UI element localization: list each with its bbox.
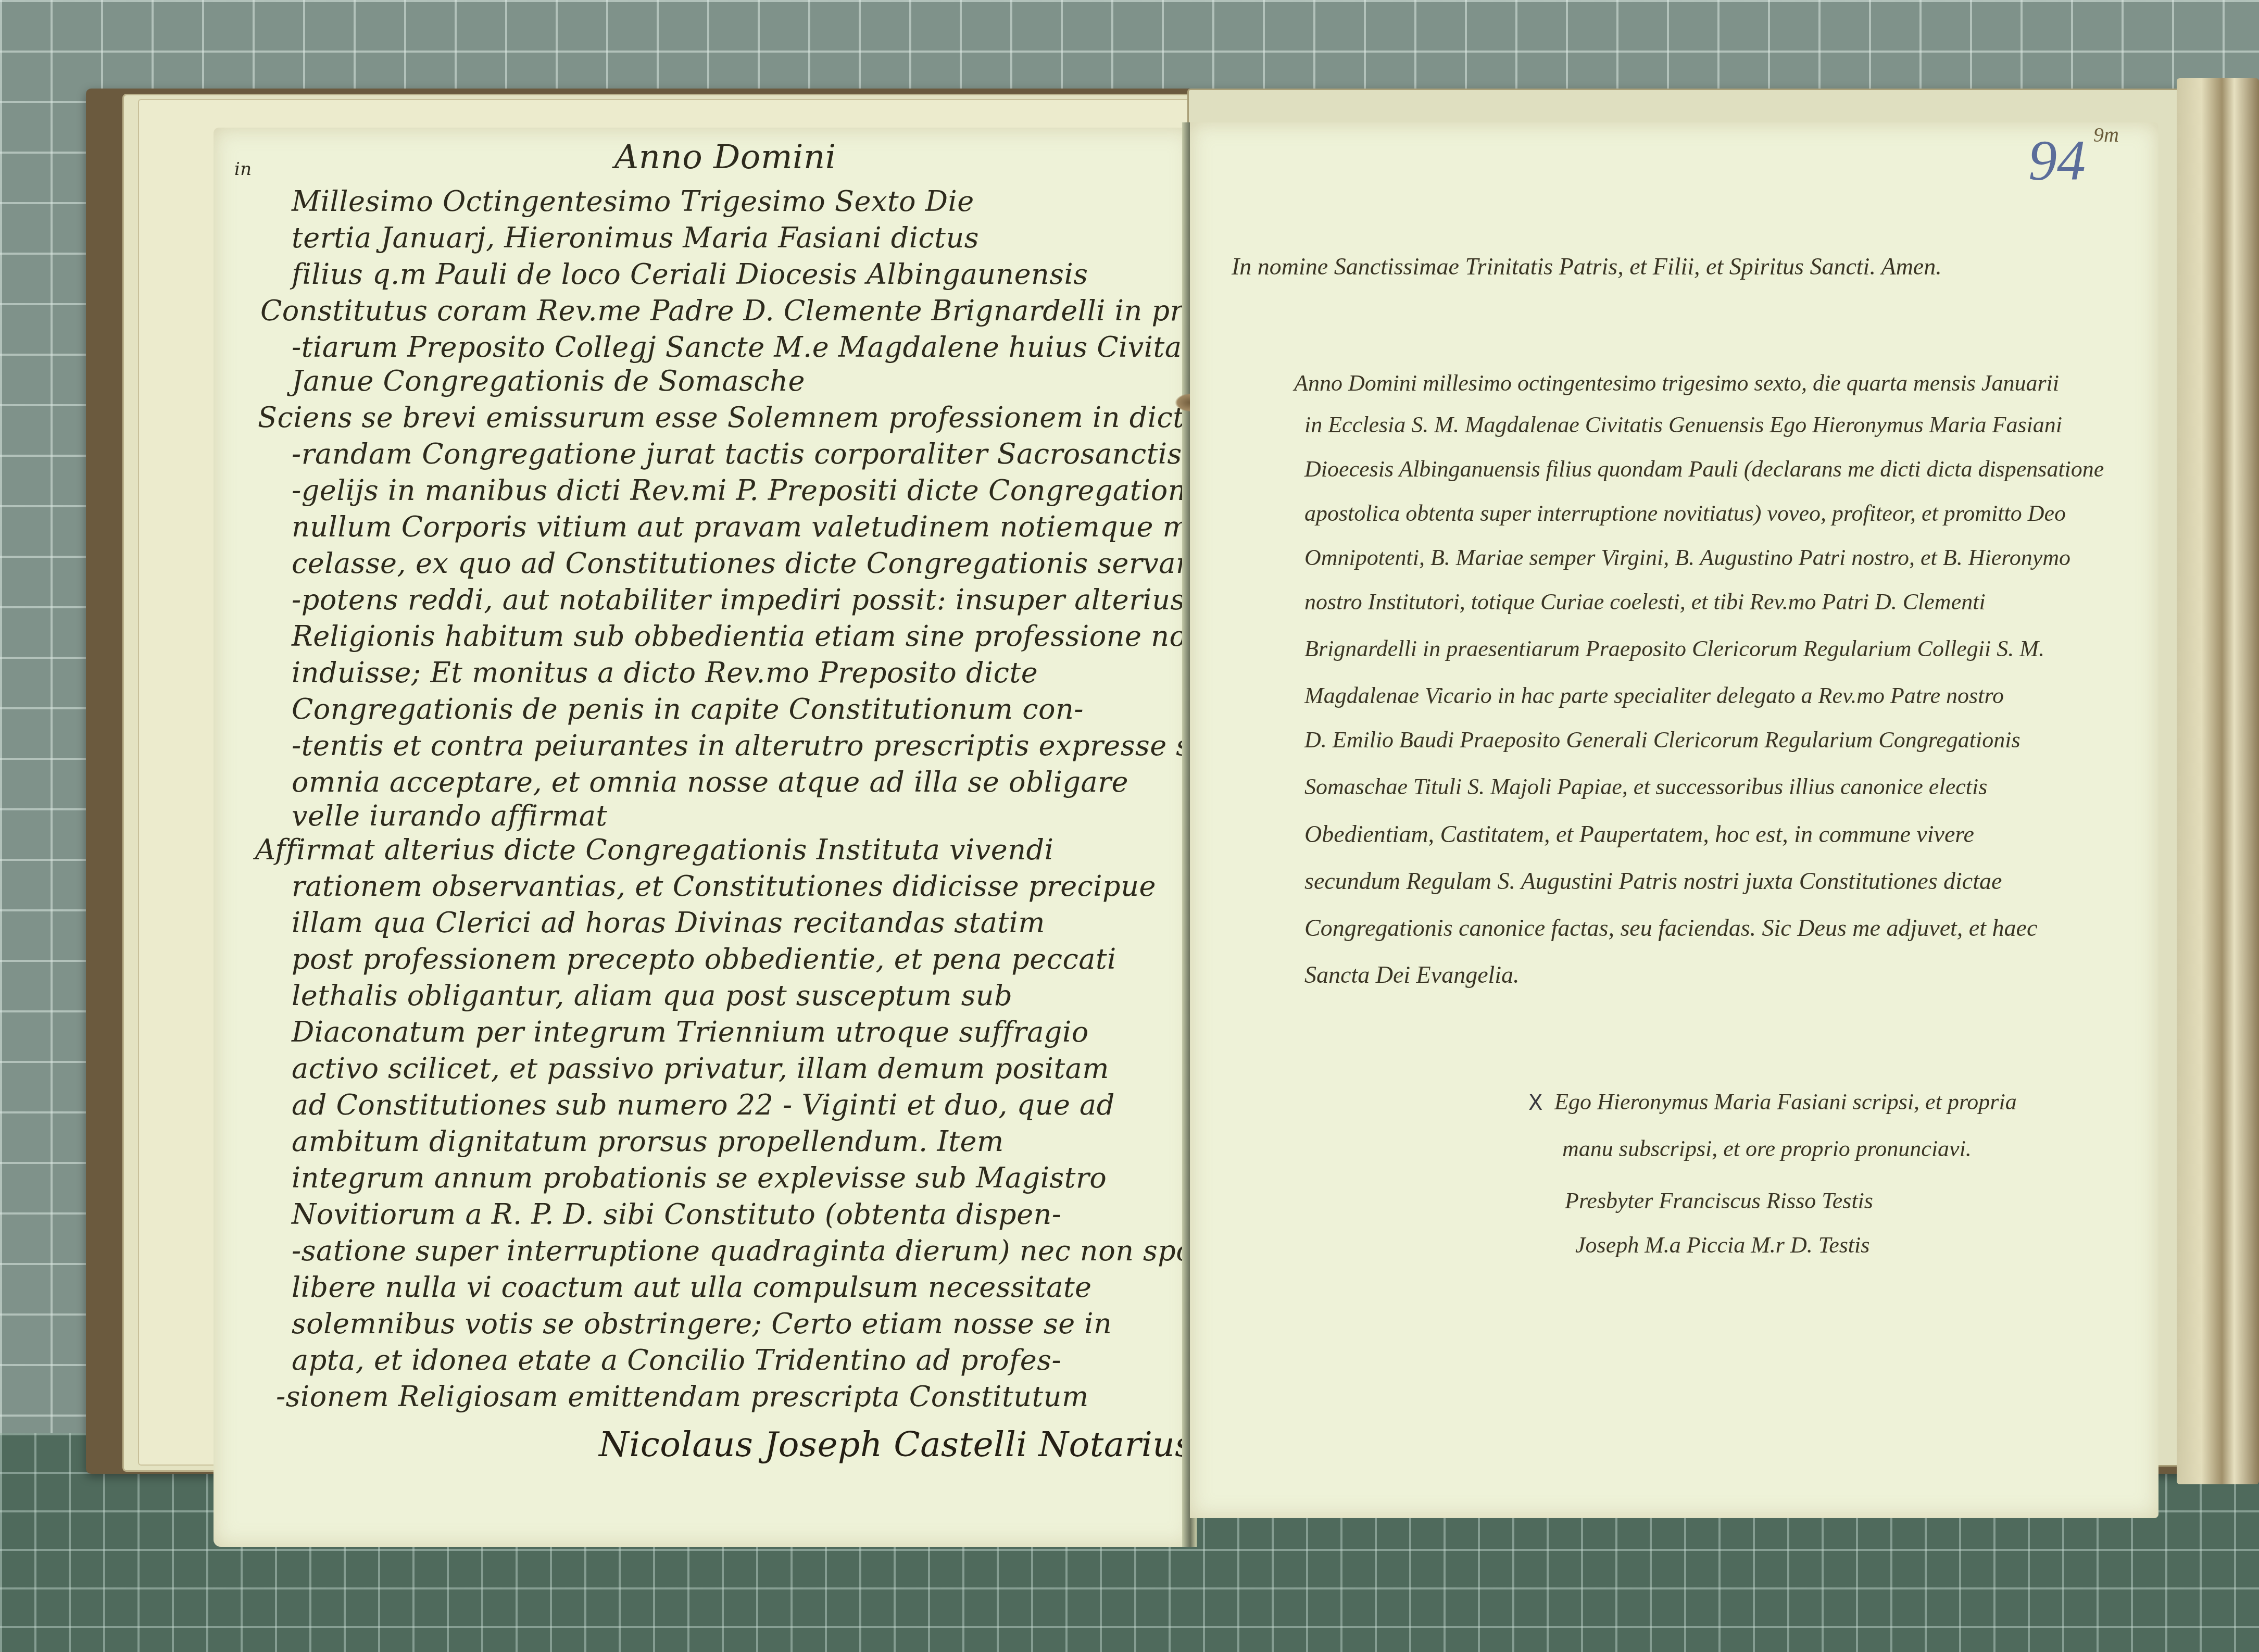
text-line: D. Emilio Baudi Praeposito Generali Cler…: [1304, 727, 2020, 753]
text-line: -potens reddi, aut notabiliter impediri …: [292, 583, 1185, 616]
text-line: ambitum dignitatum prorsus propellendum.…: [292, 1125, 1004, 1158]
text-line: Brignardelli in praesentiarum Praeposito…: [1304, 635, 2044, 662]
text-line: in Ecclesia S. M. Magdalenae Civitatis G…: [1304, 411, 2062, 438]
text-line: libere nulla vi coactum aut ulla compuls…: [292, 1271, 1092, 1304]
text-line: lethalis obligantur, aliam qua post susc…: [292, 979, 1012, 1012]
invocation: In nomine Sanctissimae Trinitatis Patris…: [1232, 253, 1942, 280]
page-fore-edge-right: [2177, 78, 2259, 1484]
text-line: nullum Corporis vitium aut pravam valetu…: [292, 510, 1284, 543]
text-line: -tiarum Preposito Collegj Sancte M.e Mag…: [292, 331, 1218, 364]
text-line: celasse, ex quo ad Constitutiones dicte …: [292, 547, 1299, 580]
text-line: Religionis habitum sub obbedientia etiam…: [292, 620, 1205, 653]
notary-signature: Nicolaus Joseph Castelli Notarius: [599, 1424, 1193, 1465]
text-line: Congregationis de penis in capite Consti…: [292, 693, 1084, 725]
attestation-line: Ego Hieronymus Maria Fasiani scripsi, et…: [1554, 1088, 2017, 1115]
text-line: -satione super interruptione quadraginta…: [292, 1234, 1240, 1267]
text-line: apostolica obtenta super interruptione n…: [1304, 500, 2066, 527]
folio-superscript: 9m: [2093, 122, 2119, 147]
folio-number: 94: [2028, 128, 2086, 194]
text-line: illam qua Clerici ad horas Divinas recit…: [292, 906, 1045, 939]
witness-signature: Joseph M.a Piccia M.r D. Testis: [1575, 1232, 1869, 1258]
cross-mark: X: [1528, 1091, 1542, 1115]
text-line: tertia Januarj, Hieronimus Maria Fasiani…: [292, 221, 979, 254]
text-line: Sancta Dei Evangelia.: [1304, 961, 1520, 988]
text-line: Sciens se brevi emissurum esse Solemnem …: [258, 401, 1290, 434]
text-line: Affirmat alterius dicte Congregationis I…: [255, 833, 1053, 866]
text-line: velle iurando affirmat: [292, 799, 608, 832]
page-heading: Anno Domini: [614, 138, 836, 177]
text-line: induisse; Et monitus a dicto Rev.mo Prep…: [292, 656, 1038, 689]
left-page: in Anno Domini Millesimo Octingentesimo …: [214, 128, 1193, 1547]
corner-mark: in: [234, 159, 252, 180]
text-line: Congregationis canonice factas, seu faci…: [1304, 914, 2037, 942]
text-line: Constitutus coram Rev.me Padre D. Clemen…: [260, 294, 1260, 327]
text-line: rationem observantias, et Constitutiones…: [292, 870, 1156, 903]
text-line: Dioecesis Albinganuensis filius quondam …: [1304, 456, 2104, 482]
text-line: Novitiorum a R. P. D. sibi Constituto (o…: [292, 1198, 1062, 1231]
right-page: 94 9m In nomine Sanctissimae Trinitatis …: [1190, 122, 2158, 1518]
witness-signature: Presbyter Franciscus Risso Testis: [1565, 1187, 1873, 1214]
attestation-line: manu subscripsi, et ore proprio pronunci…: [1562, 1135, 1972, 1162]
text-line: activo scilicet, et passivo privatur, il…: [292, 1052, 1109, 1085]
text-line: Omnipotenti, B. Mariae semper Virgini, B…: [1304, 544, 2070, 571]
text-line: ad Constitutiones sub numero 22 - Vigint…: [292, 1088, 1115, 1121]
text-line: Somaschae Tituli S. Majoli Papiae, et su…: [1304, 773, 1987, 800]
text-line: secundum Regulam S. Augustini Patris nos…: [1304, 867, 2002, 895]
text-line: -sionem Religiosam emittendam prescripta…: [276, 1380, 1089, 1413]
text-line: omnia acceptare, et omnia nosse atque ad…: [292, 766, 1128, 798]
text-line: solemnibus votis se obstringere; Certo e…: [292, 1307, 1112, 1340]
text-line: Obedientiam, Castitatem, et Paupertatem,…: [1304, 820, 1974, 848]
text-line: Millesimo Octingentesimo Trigesimo Sexto…: [292, 185, 974, 218]
text-line: -tentis et contra peiurantes in alterutr…: [292, 729, 1208, 762]
text-line: filius q.m Pauli de loco Ceriali Diocesi…: [292, 258, 1088, 291]
text-line: Janue Congregationis de Somasche: [292, 365, 805, 397]
text-line: Diaconatum per integrum Triennium utroqu…: [292, 1016, 1089, 1048]
text-line: Magdalenae Vicario in hac parte speciali…: [1304, 682, 2004, 709]
text-line: Anno Domini millesimo octingentesimo tri…: [1294, 370, 2059, 396]
text-line: -gelijs in manibus dicti Rev.mi P. Prepo…: [292, 474, 1251, 507]
text-line: integrum annum probationis se explevisse…: [292, 1161, 1107, 1194]
text-line: apta, et idonea etate a Concilio Trident…: [292, 1344, 1061, 1376]
text-line: -randam Congregatione jurat tactis corpo…: [292, 437, 1273, 470]
text-line: nostro Institutori, totique Curiae coele…: [1304, 589, 1986, 615]
text-line: post professionem precepto obbedientie, …: [292, 943, 1116, 975]
